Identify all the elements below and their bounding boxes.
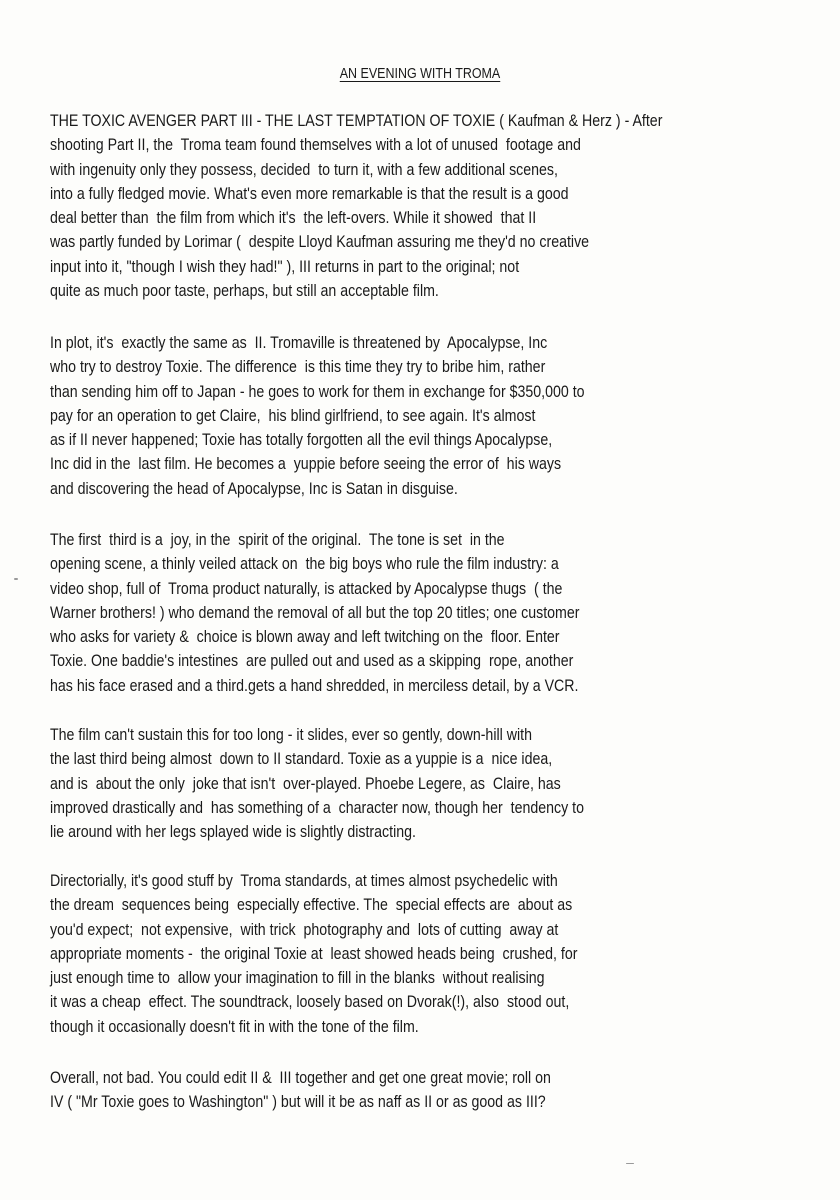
text-line: the last third being almost down to II s… [50,747,790,771]
text-line: the dream sequences being especially eff… [50,893,790,917]
text-line: it was a cheap effect. The soundtrack, l… [50,990,790,1014]
scan-speck [626,1163,634,1164]
text-line: Overall, not bad. You could edit II & II… [50,1066,790,1090]
text-line: and is about the only joke that isn't ov… [50,772,790,796]
text-line: The first third is a joy, in the spirit … [50,528,790,552]
text-line: though it occasionally doesn't fit in wi… [50,1015,790,1039]
text-line: who try to destroy Toxie. The difference… [50,355,790,379]
text-line: In plot, it's exactly the same as II. Tr… [50,331,790,355]
text-line: Directorially, it's good stuff by Troma … [50,869,790,893]
text-line: THE TOXIC AVENGER PART III - THE LAST TE… [50,109,790,133]
text-line: shooting Part II, the Troma team found t… [50,133,790,157]
scan-speck [14,578,18,580]
paragraph-intro: THE TOXIC AVENGER PART III - THE LAST TE… [50,109,790,303]
paragraph-plot: In plot, it's exactly the same as II. Tr… [50,331,790,501]
text-line: video shop, full of Troma product natura… [50,577,790,601]
text-line: improved drastically and has something o… [50,796,790,820]
text-line: with ingenuity only they possess, decide… [50,158,790,182]
paragraph-decline: The film can't sustain this for too long… [50,723,790,844]
text-line: Toxie. One baddie's intestines are pulle… [50,649,790,673]
document-title: AN EVENING WITH TROMA [102,66,738,82]
text-line: pay for an operation to get Claire, his … [50,404,790,428]
paragraph-first-third: The first third is a joy, in the spirit … [50,528,790,698]
text-line: was partly funded by Lorimar ( despite L… [50,230,790,254]
text-line: IV ( "Mr Toxie goes to Washington" ) but… [50,1090,790,1114]
text-line: just enough time to allow your imaginati… [50,966,790,990]
text-line: and discovering the head of Apocalypse, … [50,477,790,501]
text-line: Inc did in the last film. He becomes a y… [50,452,790,476]
text-line: as if II never happened; Toxie has total… [50,428,790,452]
text-line: you'd expect; not expensive, with trick … [50,918,790,942]
document-title-text: AN EVENING WITH TROMA [340,66,501,82]
text-line: into a fully fledged movie. What's even … [50,182,790,206]
text-line: quite as much poor taste, perhaps, but s… [50,279,790,303]
paragraph-overall: Overall, not bad. You could edit II & II… [50,1066,790,1115]
text-line: has his face erased and a third.gets a h… [50,674,790,698]
text-line: appropriate moments - the original Toxie… [50,942,790,966]
text-line: lie around with her legs splayed wide is… [50,820,790,844]
text-line: who asks for variety & choice is blown a… [50,625,790,649]
text-line: opening scene, a thinly veiled attack on… [50,552,790,576]
text-line: input into it, "though I wish they had!"… [50,255,790,279]
text-line: Warner brothers! ) who demand the remova… [50,601,790,625]
text-line: The film can't sustain this for too long… [50,723,790,747]
paragraph-direction: Directorially, it's good stuff by Troma … [50,869,790,1039]
text-line: than sending him off to Japan - he goes … [50,380,790,404]
text-line: deal better than the film from which it'… [50,206,790,230]
